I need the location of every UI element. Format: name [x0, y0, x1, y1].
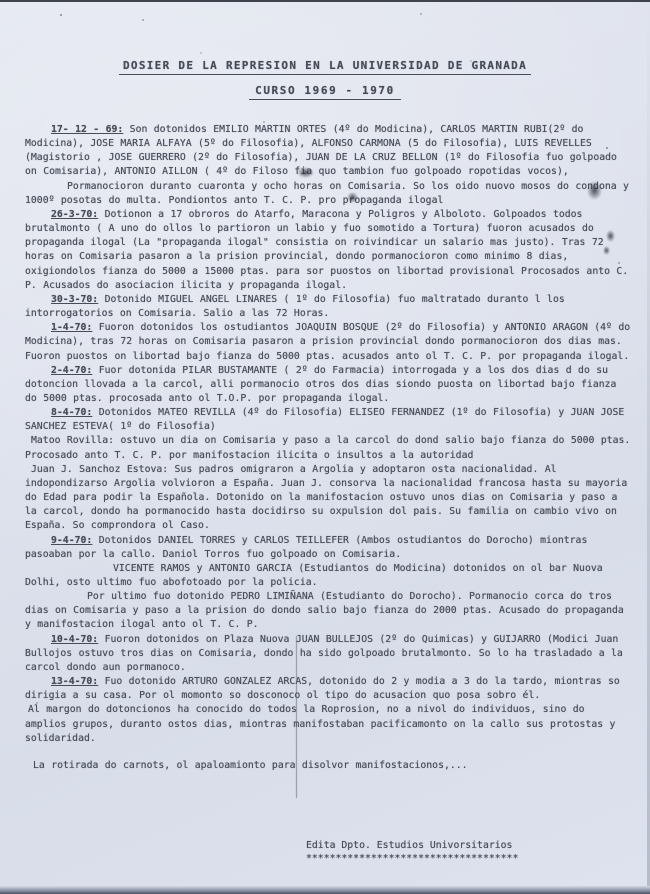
document-entry: 8-4-70: Dotonidos MATEO REVILLA (4º do F… — [25, 406, 631, 434]
document-entry: 13-4-70: Fuo dotonido ARTURO GONZALEZ AR… — [25, 675, 631, 703]
document-entry: La rotirada do carnots, ol apaloamionto … — [25, 759, 631, 773]
ink-smudge — [606, 230, 615, 242]
entry-date: 1-4-70: — [51, 322, 92, 333]
ink-smudge — [603, 246, 610, 255]
paper-speckles — [0, 0, 2, 2]
footer-publisher: Edita Dpto. Estudios Univorsitarios — [306, 839, 518, 852]
document-entry: Matoo Rovilla: ostuvo un dia on Comisari… — [25, 434, 631, 462]
document-entry: Por ultimo fuo dotonido PEDRO LIMIÑANA (… — [25, 590, 631, 632]
document-entry: 9-4-70: Dotonidos DANIEL TORRES y CARLOS… — [25, 534, 631, 562]
ink-smudge — [587, 181, 602, 200]
document-entry: 30-3-70: Dotonido MIGUEL ANGEL LINARES (… — [25, 293, 631, 321]
footer-divider: ************************************ — [306, 852, 518, 865]
entry-date: 26-3-70: — [51, 209, 98, 220]
entry-date: 8-4-70: — [51, 407, 92, 418]
entry-date: 9-4-70: — [51, 535, 92, 546]
paper-crease — [296, 636, 297, 798]
entry-date: 2-4-70: — [51, 365, 92, 376]
scan-edge-bottom — [0, 886, 650, 894]
document-entry: Pormanocioron duranto cuaronta y ocho ho… — [25, 180, 631, 208]
document-page: DOSIER DE LA REPRESION EN LA UNIVERSIDAD… — [0, 0, 650, 894]
document-entry: VICENTE RAMOS y ANTONIO GARCIA (Estudian… — [25, 562, 631, 590]
document-entry: 1-4-70: Fuoron dotonidos los ostudiantos… — [25, 321, 631, 363]
entry-date: 13-4-70: — [51, 676, 98, 687]
document-entry: 26-3-70: Dotionon a 17 obroros do Atarfo… — [25, 208, 631, 293]
ink-smudge — [297, 167, 314, 178]
document-header: DOSIER DE LA REPRESION EN LA UNIVERSIDAD… — [0, 54, 650, 100]
document-entry: 2-4-70: Fuor dotonida PILAR BUSTAMANTE (… — [25, 364, 631, 406]
scan-edge-top — [0, 0, 650, 2]
entry-date: 17- 12 - 69: — [51, 124, 123, 135]
ink-smudge — [347, 192, 358, 203]
page-title: DOSIER DE LA REPRESION EN LA UNIVERSIDAD… — [119, 59, 531, 75]
page-subtitle: CURSO 1969 - 1970 — [249, 84, 401, 100]
entries: 17- 12 - 69: Son dotonidos EMILIO MARTIN… — [25, 123, 631, 773]
document-footer: Edita Dpto. Estudios Univorsitarios ****… — [306, 839, 518, 865]
document-entry: 17- 12 - 69: Son dotonidos EMILIO MARTIN… — [25, 123, 631, 180]
entry-date: 30-3-70: — [51, 294, 98, 305]
document-entry: Al margon do dotoncionos ha conocido do … — [25, 703, 631, 745]
document-entry: Juan J. Sanchoz Estova: Sus padros omigr… — [25, 463, 631, 534]
entry-date: 10-4-70: — [51, 634, 98, 645]
document-entry: 10-4-70: Fuoron dotonidos on Plaza Nuova… — [25, 633, 631, 675]
